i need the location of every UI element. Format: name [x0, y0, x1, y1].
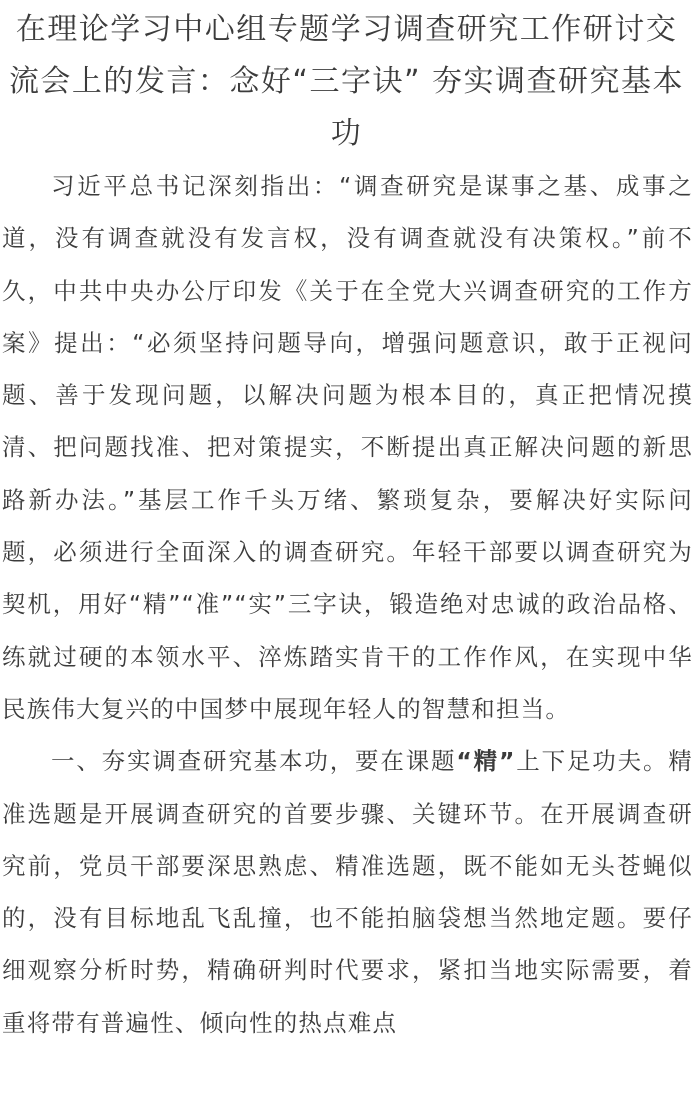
section-one-body-text: 上下足功夫。精准选题是开展调查研究的首要步骤、关键环节。在开展调查研究前，党员干…	[2, 747, 693, 1036]
document-title: 在理论学习中心组专题学习调查研究工作研讨交流会上的发言：念好“三字诀” 夯实调查…	[0, 0, 693, 160]
emphasis-jing: “精”	[456, 747, 515, 775]
paragraph-intro: 习近平总书记深刻指出：“调查研究是谋事之基、成事之道，没有调查就没有发言权，没有…	[2, 160, 693, 735]
paragraph-section-one: 一、夯实调查研究基本功，要在课题“精”上下足功夫。精准选题是开展调查研究的首要步…	[2, 735, 693, 1049]
document-body: 习近平总书记深刻指出：“调查研究是谋事之基、成事之道，没有调查就没有发言权，没有…	[0, 160, 693, 1049]
section-one-lead-text: 一、夯实调查研究基本功，要在课题	[51, 747, 456, 775]
